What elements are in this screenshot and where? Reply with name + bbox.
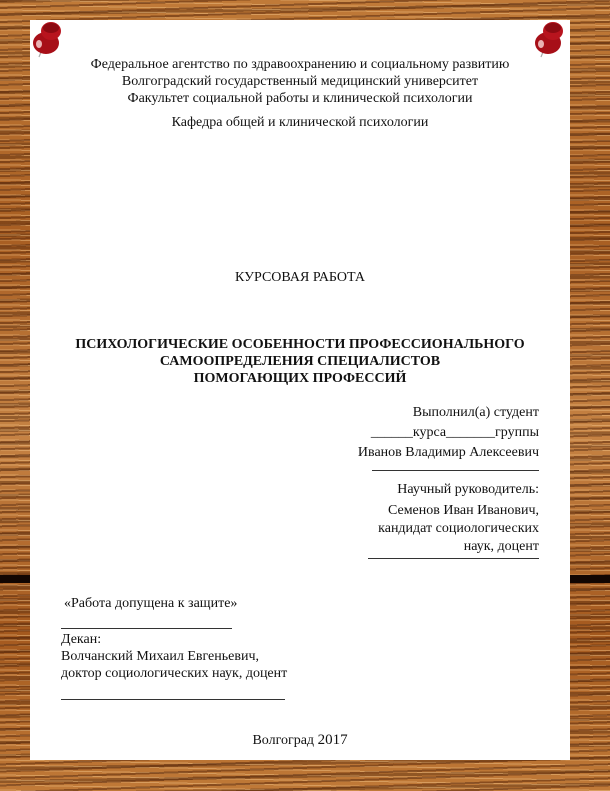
header-line: Факультет социальной работы и клиническо… xyxy=(30,90,570,107)
advisor-degree: наук, доцент xyxy=(378,538,539,556)
work-title: ПСИХОЛОГИЧЕСКИЕ ОСОБЕННОСТИ ПРОФЕССИОНАЛ… xyxy=(30,336,570,387)
title-line: ПСИХОЛОГИЧЕСКИЕ ОСОБЕННОСТИ ПРОФЕССИОНАЛ… xyxy=(30,336,570,353)
advisor-signature-line xyxy=(368,558,539,559)
header-line: Федеральное агентство по здравоохранению… xyxy=(30,56,570,73)
pushpin-icon xyxy=(532,19,568,59)
advisor-degree: кандидат социологических xyxy=(378,520,539,538)
advisor-name: Семенов Иван Иванович, xyxy=(378,502,539,520)
institution-header: Федеральное агентство по здравоохранению… xyxy=(30,56,570,107)
title-line: САМООПРЕДЕЛЕНИЯ СПЕЦИАЛИСТОВ xyxy=(30,353,570,370)
year: 2017 xyxy=(318,732,348,748)
city: Волгоград xyxy=(252,733,314,748)
title-line: ПОМОГАЮЩИХ ПРОФЕССИЙ xyxy=(30,370,570,387)
work-type: КУРСОВАЯ РАБОТА xyxy=(30,269,570,286)
dean-block: Декан: Волчанский Михаил Евгеньевич, док… xyxy=(61,631,287,682)
department-name: Кафедра общей и клинической психологии xyxy=(30,114,570,131)
city-year: Волгоград 2017 xyxy=(30,732,570,749)
dean-label: Декан: xyxy=(61,631,287,648)
dean-degree: доктор социологических наук, доцент xyxy=(61,665,287,682)
admission-note: «Работа допущена к защите» xyxy=(64,595,237,612)
student-name: Иванов Владимир Алексеевич xyxy=(358,443,539,463)
student-signature-line xyxy=(372,470,539,471)
pushpin-icon xyxy=(30,19,66,59)
admission-signature-line xyxy=(61,628,232,629)
dean-signature-line xyxy=(61,699,285,700)
header-line: Волгоградский государственный медицински… xyxy=(30,73,570,90)
student-block: Выполнил(а) студент ______курса_______гр… xyxy=(358,403,539,463)
student-course-group: ______курса_______группы xyxy=(358,423,539,443)
student-label: Выполнил(а) студент xyxy=(358,403,539,423)
advisor-block: Научный руководитель: Семенов Иван Ивано… xyxy=(378,481,539,556)
dean-name: Волчанский Михаил Евгеньевич, xyxy=(61,648,287,665)
advisor-label: Научный руководитель: xyxy=(378,481,539,499)
